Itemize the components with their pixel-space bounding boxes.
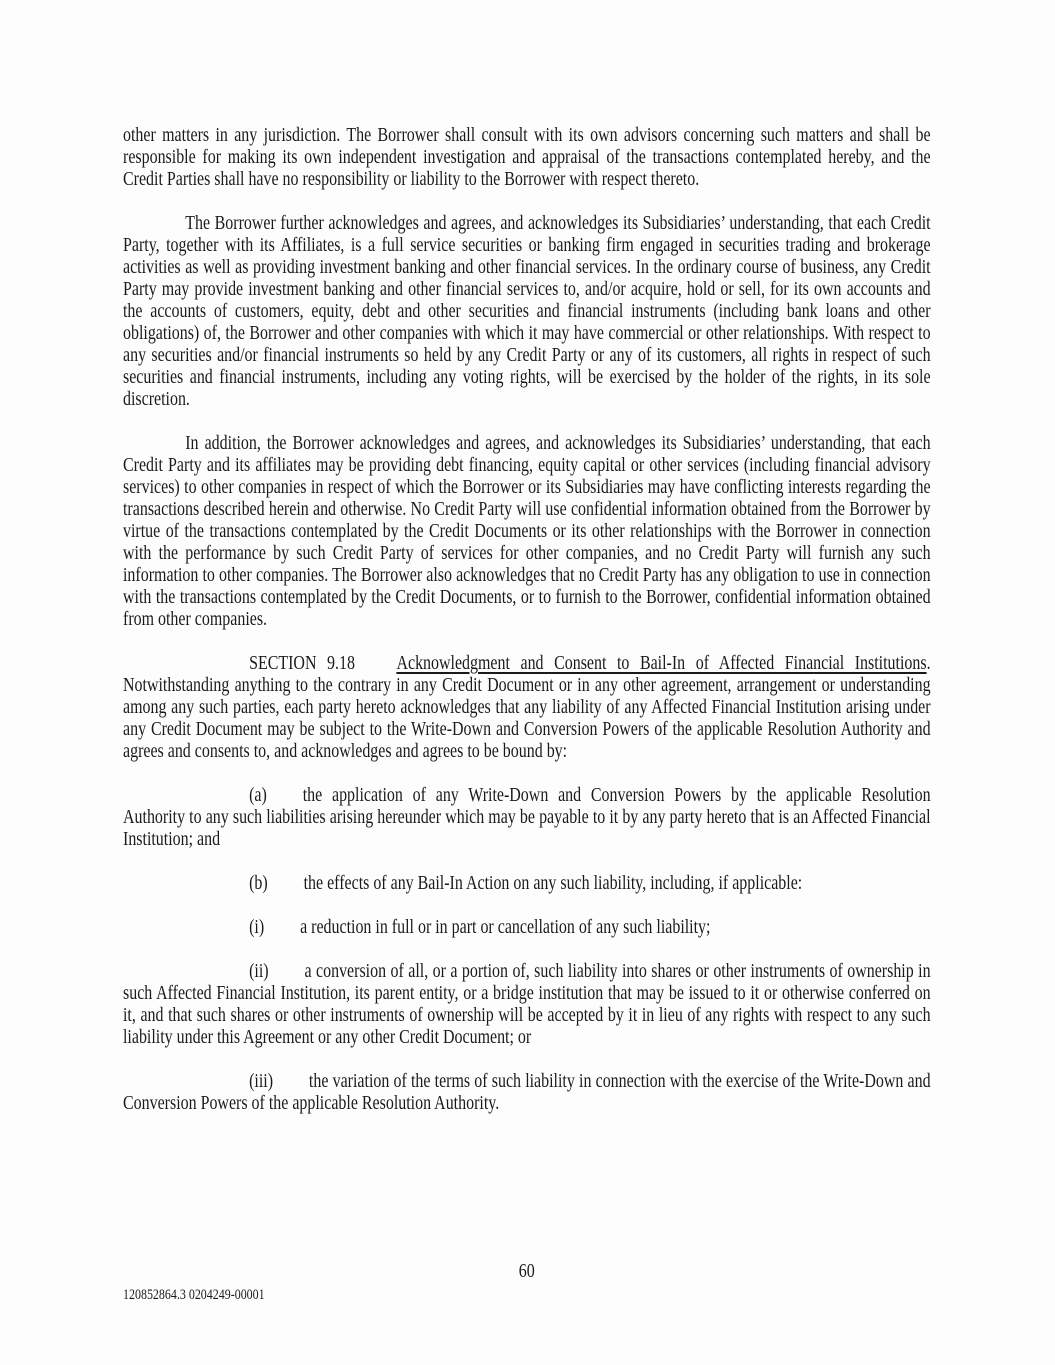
list-item-a-text: the application of any Write-Down and Co… — [123, 784, 931, 850]
section-9-18-bail-in: SECTION 9.18Acknowledgment and Consent t… — [123, 652, 931, 762]
section-heading: Acknowledgment and Consent to Bail-In of… — [396, 652, 926, 674]
list-item-ii: (ii)a conversion of all, or a portion of… — [123, 960, 931, 1048]
list-item-ii-text: a conversion of all, or a portion of, su… — [123, 960, 931, 1048]
list-item-b: (b)the effects of any Bail-In Action on … — [123, 872, 931, 894]
document-page: other matters in any jurisdiction. The B… — [0, 0, 1055, 1365]
list-item-i: (i)a reduction in full or in part or can… — [123, 916, 931, 938]
list-item-iii: (iii)the variation of the terms of such … — [123, 1070, 931, 1114]
list-item-ii-label: (ii) — [249, 960, 269, 982]
list-item-i-label: (i) — [249, 916, 264, 938]
list-item-b-label: (b) — [249, 872, 268, 894]
paragraph-full-service-disclosure: The Borrower further acknowledges and ag… — [123, 212, 931, 410]
list-item-iii-label: (iii) — [249, 1070, 273, 1092]
list-item-b-text: the effects of any Bail-In Action on any… — [304, 872, 803, 894]
page-number: 60 — [123, 1260, 931, 1282]
document-id-footer: 120852864.3 0204249-00001 — [123, 1286, 265, 1304]
list-item-iii-text: the variation of the terms of such liabi… — [123, 1070, 931, 1114]
list-item-i-text: a reduction in full or in part or cancel… — [300, 916, 710, 938]
list-item-a-label: (a) — [249, 784, 267, 806]
list-item-a: (a)the application of any Write-Down and… — [123, 784, 931, 850]
page-body: other matters in any jurisdiction. The B… — [123, 124, 931, 1136]
section-number: SECTION 9.18 — [249, 652, 355, 674]
paragraph-conflicts-disclosure: In addition, the Borrower acknowledges a… — [123, 432, 931, 630]
paragraph-jurisdiction-continuation: other matters in any jurisdiction. The B… — [123, 124, 931, 190]
